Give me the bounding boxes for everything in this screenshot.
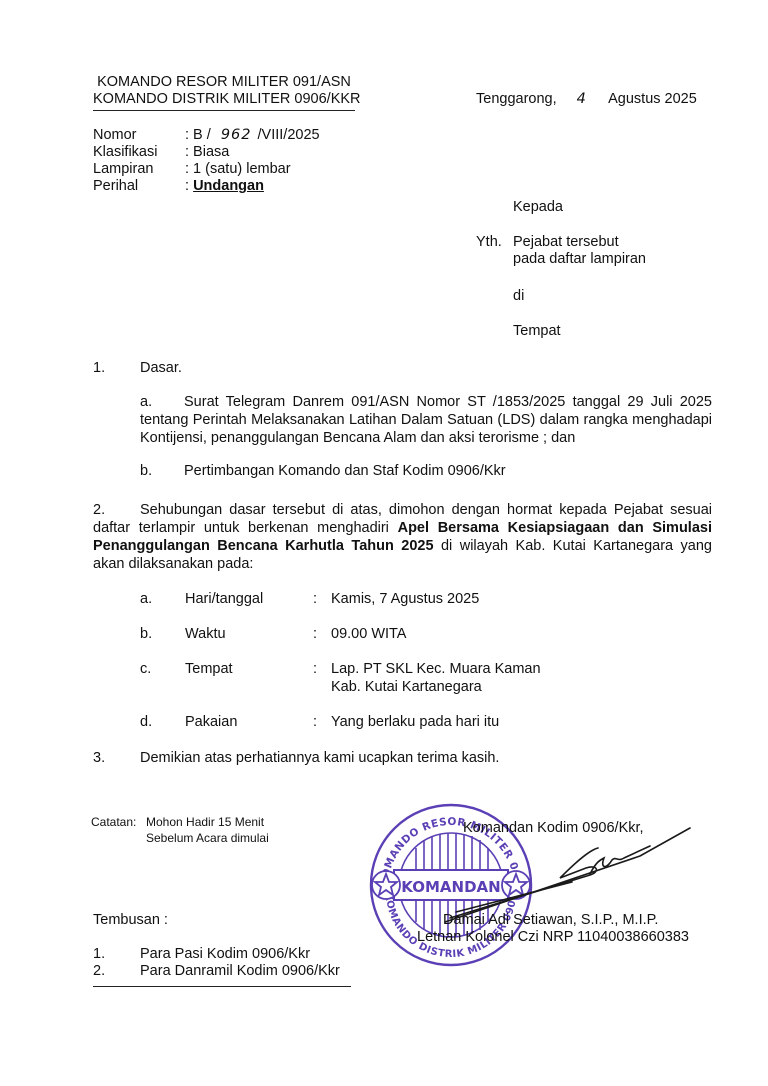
letterhead-underline xyxy=(93,110,355,111)
tembusan-item-1-no: 1. xyxy=(93,946,105,962)
date-day: 4 xyxy=(577,91,587,107)
tembusan-item-1: Para Pasi Kodim 0906/Kkr xyxy=(140,946,310,962)
item-a-text: Surat Telegram Danrem 091/ASN Nomor ST /… xyxy=(140,394,712,446)
addressee-line-2: pada daftar lampiran xyxy=(513,251,646,267)
letterhead: KOMANDO RESOR MILITER 091/ASN KOMANDO DI… xyxy=(93,74,355,108)
signatory-rank: Letnan Kolonel Czi NRP 11040038660383 xyxy=(417,929,689,945)
section-1-title: Dasar. xyxy=(140,360,182,376)
addressee-line-1: Pejabat tersebut xyxy=(513,234,619,250)
letter-date: Tenggarong, 4 Agustus 2025 xyxy=(476,91,697,107)
section-1-item-b-label: b. xyxy=(140,463,152,479)
nomor-prefix: : B / xyxy=(185,127,211,143)
section-2-paragraph: 2.Sehubungan dasar tersebut di atas, dim… xyxy=(93,501,712,573)
section-3-text: Demikian atas perhatiannya kami ucapkan … xyxy=(140,750,499,766)
addressee-di: di xyxy=(513,288,524,304)
letterhead-line-2: KOMANDO DISTRIK MILITER 0906/KKR xyxy=(93,91,355,108)
letterhead-line-1: KOMANDO RESOR MILITER 091/ASN xyxy=(93,74,355,91)
section-1-item-b-text: Pertimbangan Komando dan Staf Kodim 0906… xyxy=(184,463,506,479)
addressee-tempat: Tempat xyxy=(513,323,561,339)
signatory-name: Damai Adi Setiawan, S.I.P., M.I.P. xyxy=(443,912,658,928)
date-place: Tenggarong, xyxy=(476,91,557,107)
item-a-label: a. xyxy=(140,393,184,411)
date-month-year: Agustus 2025 xyxy=(608,91,697,107)
perihal-value: Undangan xyxy=(193,178,264,194)
note-line-1: Mohon Hadir 15 Menit xyxy=(146,814,264,830)
addressee-kepada: Kepada xyxy=(513,199,563,215)
nomor-suffix: /VIII/2025 xyxy=(258,127,320,143)
section-1-item-a: a.Surat Telegram Danrem 091/ASN Nomor ST… xyxy=(140,393,712,447)
tembusan-item-2-no: 2. xyxy=(93,963,105,979)
note-line-2: Sebelum Acara dimulai xyxy=(146,830,269,846)
nomor-handwritten: 962 xyxy=(221,127,252,143)
section-2-number: 2. xyxy=(93,501,140,519)
tembusan-label: Tembusan : xyxy=(93,912,168,928)
section-3-number: 3. xyxy=(93,750,105,766)
section-1-number: 1. xyxy=(93,360,105,376)
tembusan-underline xyxy=(93,986,351,987)
addressee-yth: Yth. xyxy=(476,234,502,250)
tembusan-item-2: Para Danramil Kodim 0906/Kkr xyxy=(140,963,340,979)
note-label: Catatan: xyxy=(91,814,136,830)
